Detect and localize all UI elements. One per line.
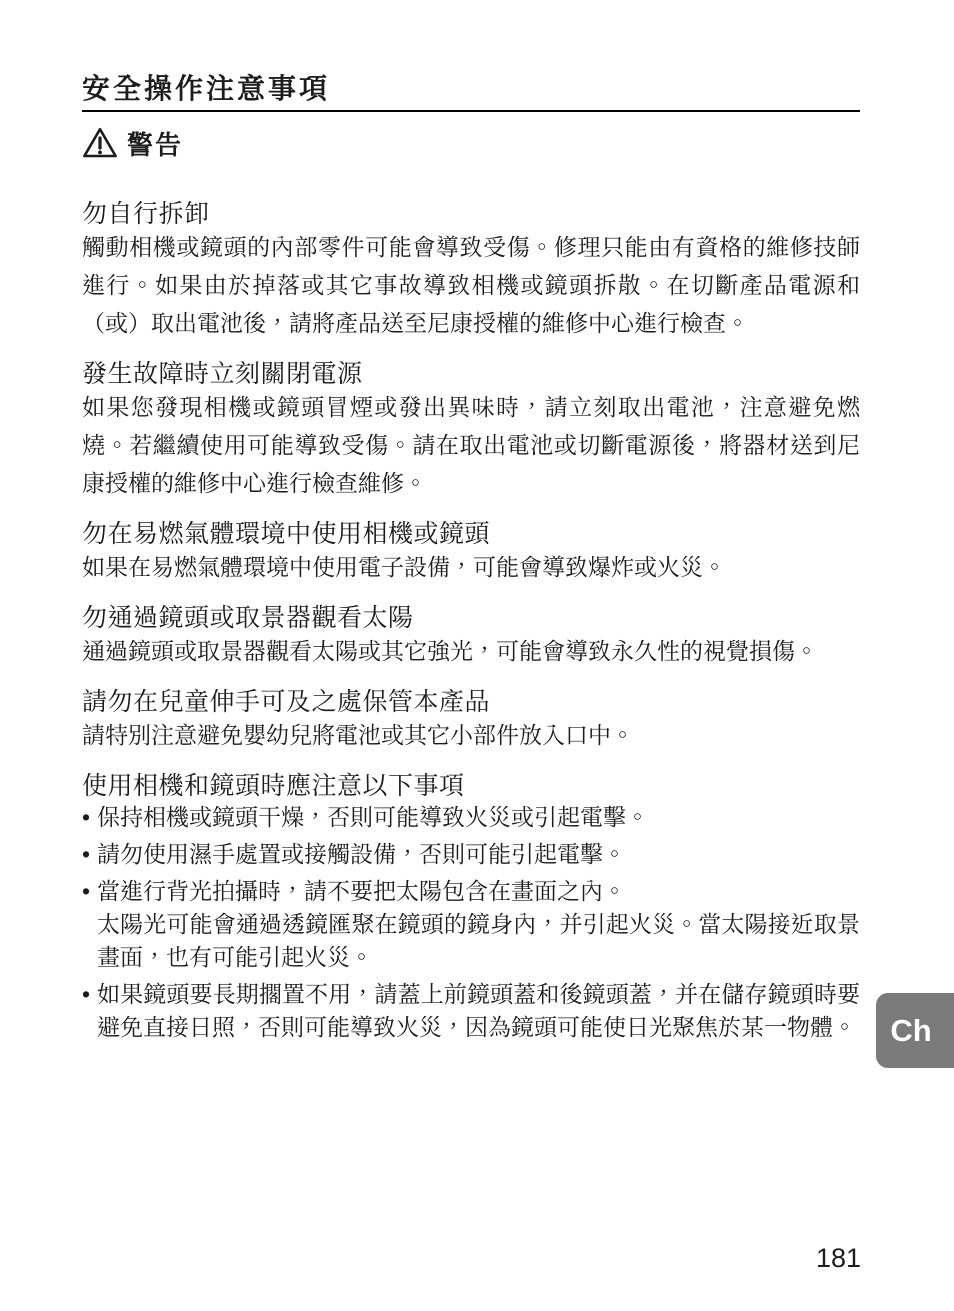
bullet-line: 當進行背光拍攝時，請不要把太陽包含在畫面之內。 [97, 875, 860, 908]
language-tab: Ch [876, 993, 954, 1068]
bullet-item: 保持相機或鏡頭干燥，否則可能導致火災或引起電擊。 [82, 801, 860, 834]
warning-banner: 警告 [82, 124, 860, 162]
language-tab-label: Ch [890, 1013, 931, 1049]
page-number: 181 [816, 1242, 861, 1274]
sections: 勿自行拆卸觸動相機或鏡頭的內部零件可能會導致受傷。修理只能由有資格的維修技師進行… [82, 199, 860, 1044]
section-paragraph: 觸動相機或鏡頭的內部零件可能會導致受傷。修理只能由有資格的維修技師進行。如果由於… [82, 229, 860, 343]
bullet-line: 太陽光可能會通過透鏡匯聚在鏡頭的鏡身內，并引起火災。當太陽接近取景畫面，也有可能… [97, 908, 860, 974]
bullet-item: 請勿使用濕手處置或接觸設備，否則可能引起電擊。 [82, 838, 860, 871]
section: 勿在易燃氣體環境中使用相機或鏡頭如果在易燃氣體環境中使用電子設備，可能會導致爆炸… [82, 519, 860, 587]
section: 勿自行拆卸觸動相機或鏡頭的內部零件可能會導致受傷。修理只能由有資格的維修技師進行… [82, 199, 860, 343]
bullet-item: 如果鏡頭要長期擱置不用，請蓋上前鏡頭蓋和後鏡頭蓋，并在儲存鏡頭時要避免直接日照，… [82, 978, 860, 1044]
bullet-list: 保持相機或鏡頭干燥，否則可能導致火災或引起電擊。請勿使用濕手處置或接觸設備，否則… [82, 801, 860, 1044]
bullet-line: 保持相機或鏡頭干燥，否則可能導致火災或引起電擊。 [97, 801, 860, 834]
section: 使用相機和鏡頭時應注意以下事項保持相機或鏡頭干燥，否則可能導致火災或引起電擊。請… [82, 771, 860, 1044]
section-paragraph: 如果您發現相機或鏡頭冒煙或發出異味時，請立刻取出電池，注意避免燃燒。若繼續使用可… [82, 389, 860, 503]
section: 勿通過鏡頭或取景器觀看太陽通過鏡頭或取景器觀看太陽或其它強光，可能會導致永久性的… [82, 603, 860, 671]
warning-triangle-icon [82, 126, 118, 160]
section-paragraph: 通過鏡頭或取景器觀看太陽或其它強光，可能會導致永久性的視覺損傷。 [82, 633, 860, 671]
page-content: 安全操作注意事項 警告 勿自行拆卸觸動相機或鏡頭的內部零件可能會導致受傷。修理只… [82, 72, 860, 1048]
manual-page: { "page": { "title": "安全操作注意事項", "page_n… [0, 0, 954, 1311]
section-paragraph: 請特別注意避免嬰幼兒將電池或其它小部件放入口中。 [82, 717, 860, 755]
section-heading: 勿在易燃氣體環境中使用相機或鏡頭 [82, 519, 860, 549]
warning-label: 警告 [127, 125, 183, 162]
section-heading: 發生故障時立刻關閉電源 [82, 359, 860, 389]
bullet-item: 當進行背光拍攝時，請不要把太陽包含在畫面之內。太陽光可能會通過透鏡匯聚在鏡頭的鏡… [82, 875, 860, 974]
bullet-line: 請勿使用濕手處置或接觸設備，否則可能引起電擊。 [97, 838, 860, 871]
section-heading: 勿自行拆卸 [82, 199, 860, 229]
section: 發生故障時立刻關閉電源如果您發現相機或鏡頭冒煙或發出異味時，請立刻取出電池，注意… [82, 359, 860, 503]
section-paragraph: 如果在易燃氣體環境中使用電子設備，可能會導致爆炸或火災。 [82, 549, 860, 587]
page-title: 安全操作注意事項 [82, 72, 860, 112]
section-heading: 使用相機和鏡頭時應注意以下事項 [82, 771, 860, 801]
section-heading: 勿通過鏡頭或取景器觀看太陽 [82, 603, 860, 633]
section: 請勿在兒童伸手可及之處保管本產品請特別注意避免嬰幼兒將電池或其它小部件放入口中。 [82, 687, 860, 755]
bullet-line: 如果鏡頭要長期擱置不用，請蓋上前鏡頭蓋和後鏡頭蓋，并在儲存鏡頭時要避免直接日照，… [97, 978, 860, 1044]
section-heading: 請勿在兒童伸手可及之處保管本產品 [82, 687, 860, 717]
